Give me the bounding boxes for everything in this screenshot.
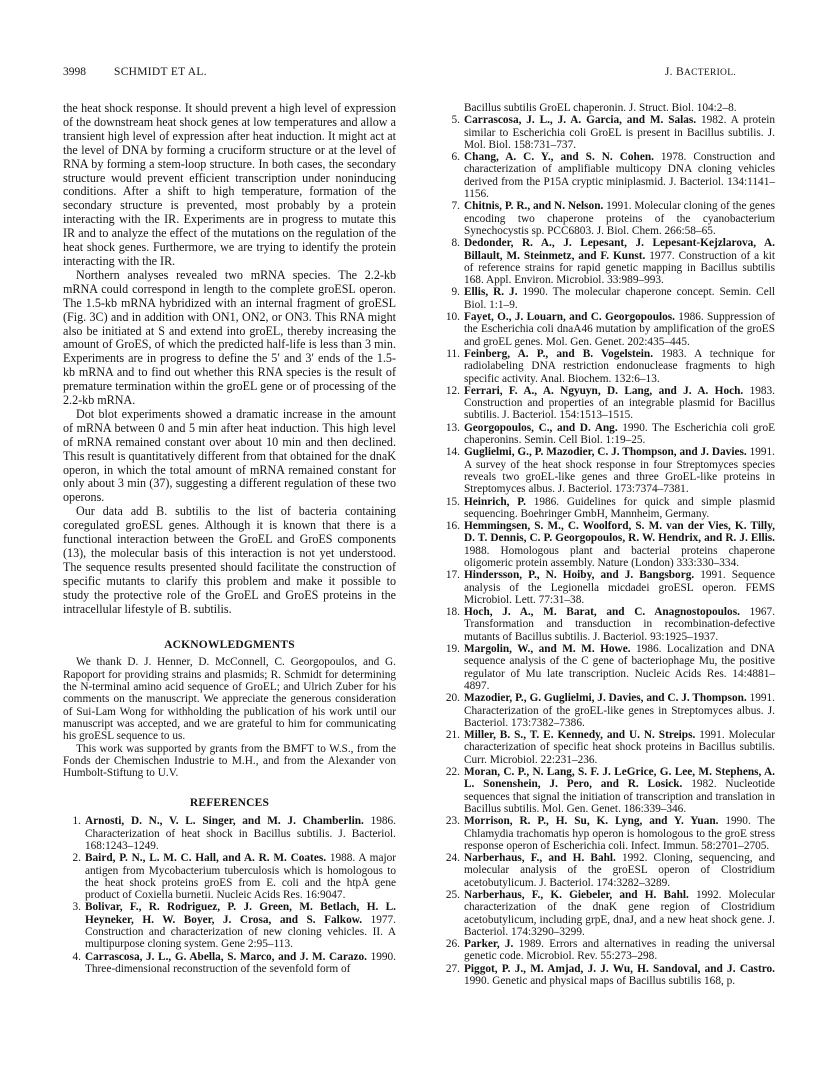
reference-number: 13. [442, 422, 460, 434]
reference-authors: Piggot, P. J., M. Amjad, J. J. Wu, H. Sa… [464, 963, 775, 975]
reference-item: Bacillus subtilis GroEL chaperonin. J. S… [442, 102, 775, 114]
ack-paragraph: We thank D. J. Henner, D. McConnell, C. … [63, 656, 396, 742]
references-list-right: Bacillus subtilis GroEL chaperonin. J. S… [442, 102, 775, 987]
reference-item: 21.Miller, B. S., T. E. Kennedy, and U. … [442, 729, 775, 766]
reference-item: 15.Heinrich, P. 1986. Guidelines for qui… [442, 496, 775, 521]
reference-continuation: Bacillus subtilis GroEL chaperonin. J. S… [464, 102, 737, 114]
reference-number: 1. [63, 815, 81, 827]
reference-item: 5.Carrascosa, J. L., J. A. Garcia, and M… [442, 114, 775, 151]
reference-number: 17. [442, 569, 460, 581]
reference-number: 2. [63, 852, 81, 864]
reference-number: 23. [442, 815, 460, 827]
reference-number: 4. [63, 951, 81, 963]
reference-number: 16. [442, 520, 460, 532]
reference-item: 3.Bolivar, F., R. Rodriguez, P. J. Green… [63, 901, 396, 950]
reference-item: 17.Hindersson, P., N. Hoiby, and J. Bang… [442, 569, 775, 606]
reference-authors: Ellis, R. J. [464, 286, 518, 298]
reference-authors: Carrascosa, J. L., G. Abella, S. Marco, … [85, 951, 367, 963]
page-number: 3998 [63, 66, 86, 78]
reference-number: 18. [442, 606, 460, 618]
reference-number: 8. [442, 237, 460, 249]
running-header: 3998 SCHMIDT ET AL. J. BACTERIOL. [63, 66, 736, 82]
reference-authors: Hemmingsen, S. M., C. Woolford, S. M. va… [464, 520, 775, 544]
reference-item: 14.Guglielmi, G., P. Mazodier, C. J. Tho… [442, 446, 775, 495]
acknowledgments-heading: ACKNOWLEDGMENTS [63, 639, 396, 653]
reference-item: 24.Narberhaus, F., and H. Bahl. 1992. Cl… [442, 852, 775, 889]
reference-item: 12.Ferrari, F. A., A. Ngyuyn, D. Lang, a… [442, 385, 775, 422]
references-heading: REFERENCES [63, 797, 396, 811]
reference-number: 24. [442, 852, 460, 864]
body-paragraph: Our data add B. subtilis to the list of … [63, 505, 396, 616]
reference-number: 22. [442, 766, 460, 778]
reference-number: 9. [442, 286, 460, 298]
reference-citation: 1988. Homologous plant and bacterial pro… [464, 545, 775, 569]
reference-number: 15. [442, 496, 460, 508]
references-list-left: 1.Arnosti, D. N., V. L. Singer, and M. J… [63, 815, 396, 975]
reference-item: 6.Chang, A. C. Y., and S. N. Cohen. 1978… [442, 151, 775, 200]
left-column: the heat shock response. It should preve… [63, 102, 396, 975]
reference-authors: Margolin, W., and M. M. Howe. [464, 643, 631, 655]
reference-number: 14. [442, 446, 460, 458]
reference-authors: Chang, A. C. Y., and S. N. Cohen. [464, 151, 654, 163]
reference-number: 7. [442, 200, 460, 212]
reference-authors: Georgopoulos, C., and D. Ang. [464, 422, 618, 434]
reference-authors: Hoch, J. A., M. Barat, and C. Anagnostop… [464, 606, 740, 618]
reference-item: 11.Feinberg, A. P., and B. Vogelstein. 1… [442, 348, 775, 385]
reference-number: 20. [442, 692, 460, 704]
reference-number: 26. [442, 938, 460, 950]
reference-number: 27. [442, 963, 460, 975]
reference-item: 16.Hemmingsen, S. M., C. Woolford, S. M.… [442, 520, 775, 569]
reference-item: 2.Baird, P. N., L. M. C. Hall, and A. R.… [63, 852, 396, 901]
ack-paragraph: This work was supported by grants from t… [63, 743, 396, 780]
reference-authors: Chitnis, P. R., and N. Nelson. [464, 200, 603, 212]
reference-authors: Arnosti, D. N., V. L. Singer, and M. J. … [85, 815, 364, 827]
reference-item: 4.Carrascosa, J. L., G. Abella, S. Marco… [63, 951, 396, 976]
reference-item: 10.Fayet, O., J. Louarn, and C. Georgopo… [442, 311, 775, 348]
reference-authors: Hindersson, P., N. Hoiby, and J. Bangsbo… [464, 569, 694, 581]
reference-item: 23.Morrison, R. P., H. Su, K. Lyng, and … [442, 815, 775, 852]
reference-citation: 1990. Genetic and physical maps of Bacil… [464, 975, 735, 987]
reference-item: 7.Chitnis, P. R., and N. Nelson. 1991. M… [442, 200, 775, 237]
reference-item: 13.Georgopoulos, C., and D. Ang. 1990. T… [442, 422, 775, 447]
reference-number: 10. [442, 311, 460, 323]
reference-authors: Baird, P. N., L. M. C. Hall, and A. R. M… [85, 852, 326, 864]
reference-authors: Mazodier, P., G. Guglielmi, J. Davies, a… [464, 692, 747, 704]
reference-item: 20.Mazodier, P., G. Guglielmi, J. Davies… [442, 692, 775, 729]
reference-authors: Miller, B. S., T. E. Kennedy, and U. N. … [464, 729, 695, 741]
reference-number: 6. [442, 151, 460, 163]
body-paragraph: Dot blot experiments showed a dramatic i… [63, 408, 396, 505]
reference-item: 18.Hoch, J. A., M. Barat, and C. Anagnos… [442, 606, 775, 643]
reference-item: 26.Parker, J. 1989. Errors and alternati… [442, 938, 775, 963]
reference-authors: Guglielmi, G., P. Mazodier, C. J. Thomps… [464, 446, 747, 458]
reference-authors: Carrascosa, J. L., J. A. Garcia, and M. … [464, 114, 696, 126]
reference-item: 1.Arnosti, D. N., V. L. Singer, and M. J… [63, 815, 396, 852]
reference-item: 22.Moran, C. P., N. Lang, S. F. J. LeGri… [442, 766, 775, 815]
reference-authors: Feinberg, A. P., and B. Vogelstein. [464, 348, 653, 360]
reference-authors: Bolivar, F., R. Rodriguez, P. J. Green, … [85, 901, 396, 925]
reference-item: 25.Narberhaus, F., K. Giebeler, and H. B… [442, 889, 775, 938]
reference-authors: Narberhaus, F., K. Giebeler, and H. Bahl… [464, 889, 689, 901]
body-paragraph: the heat shock response. It should preve… [63, 102, 396, 269]
reference-item: 8.Dedonder, R. A., J. Lepesant, J. Lepes… [442, 237, 775, 286]
reference-number: 5. [442, 114, 460, 126]
reference-number: 25. [442, 889, 460, 901]
reference-number: 21. [442, 729, 460, 741]
reference-authors: Heinrich, P. [464, 496, 526, 508]
reference-authors: Parker, J. [464, 938, 513, 950]
reference-number: 12. [442, 385, 460, 397]
reference-authors: Morrison, R. P., H. Su, K. Lyng, and Y. … [464, 815, 718, 827]
reference-authors: Narberhaus, F., and H. Bahl. [464, 852, 616, 864]
reference-authors: Fayet, O., J. Louarn, and C. Georgopoulo… [464, 311, 675, 323]
acknowledgments-section: We thank D. J. Henner, D. McConnell, C. … [63, 656, 396, 779]
running-authors: SCHMIDT ET AL. [114, 66, 207, 78]
body-paragraph: Northern analyses revealed two mRNA spec… [63, 269, 396, 408]
reference-authors: Ferrari, F. A., A. Ngyuyn, D. Lang, and … [464, 385, 743, 397]
reference-item: 27.Piggot, P. J., M. Amjad, J. J. Wu, H.… [442, 963, 775, 988]
journal-name: J. BACTERIOL. [665, 66, 736, 78]
right-column: Bacillus subtilis GroEL chaperonin. J. S… [442, 102, 775, 987]
reference-number: 19. [442, 643, 460, 655]
reference-item: 9.Ellis, R. J. 1990. The molecular chape… [442, 286, 775, 311]
reference-item: 19.Margolin, W., and M. M. Howe. 1986. L… [442, 643, 775, 692]
reference-number: 3. [63, 901, 81, 913]
reference-number: 11. [442, 348, 460, 360]
